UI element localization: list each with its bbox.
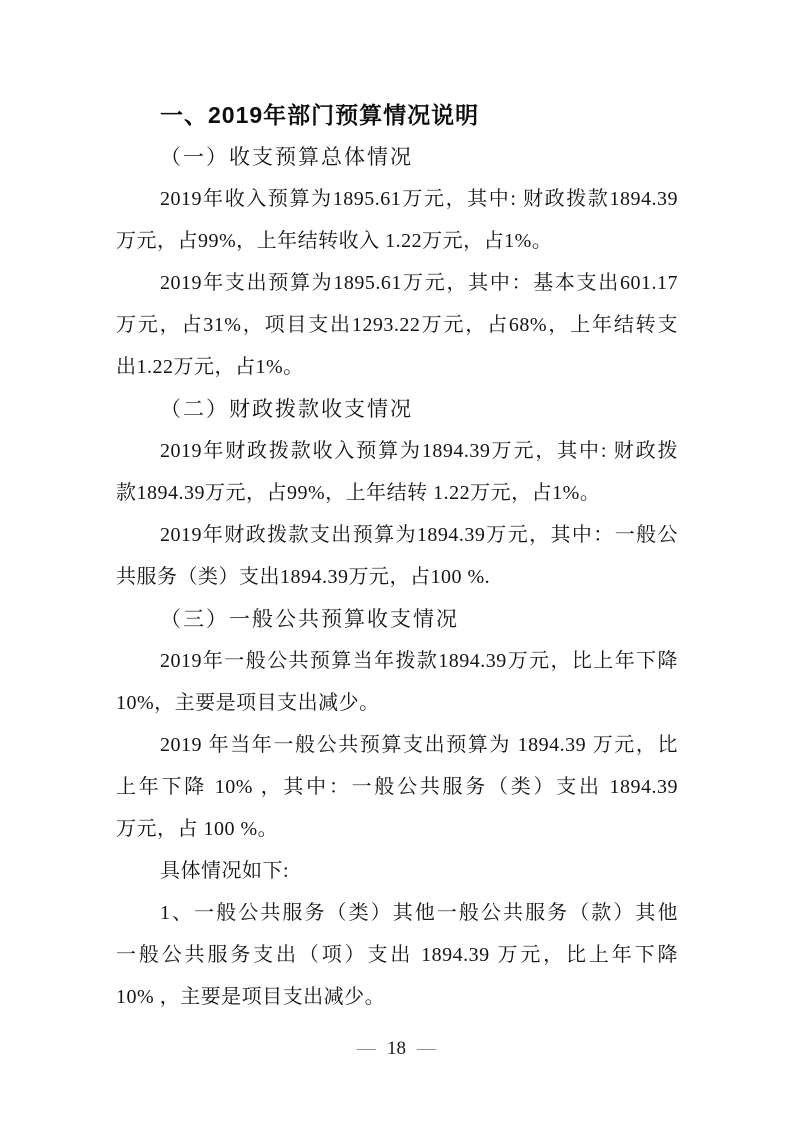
document-page: 一、2019年部门预算情况说明（一）收支预算总体情况2019年收入预算为1895… <box>0 0 793 1122</box>
footer-left-dash: — <box>357 1038 376 1059</box>
paragraph-line: 上年下降 10% ，其中：一般公共服务（类）支出 1894.39 <box>116 766 678 808</box>
paragraph-line: 2019年一般公共预算当年拨款1894.39万元，比上年下降 <box>116 640 678 682</box>
paragraph-line: 2019年收入预算为1895.61万元，其中: 财政拨款1894.39 <box>116 178 678 220</box>
paragraph: 2019年财政拨款收入预算为1894.39万元，其中: 财政拨款1894.39万… <box>116 430 678 514</box>
document-body: 一、2019年部门预算情况说明（一）收支预算总体情况2019年收入预算为1895… <box>116 94 678 1018</box>
paragraph: 具体情况如下: <box>116 850 678 892</box>
section-subheading: （二）财政拨款收支情况 <box>116 388 678 430</box>
paragraph-line: 2019 年当年一般公共预算支出预算为 1894.39 万元，比 <box>116 724 678 766</box>
paragraph-line: 款1894.39万元，占99%，上年结转 1.22万元，占1%。 <box>116 472 678 514</box>
section-subheading: （三）一般公共预算收支情况 <box>116 598 678 640</box>
paragraph: 2019年一般公共预算当年拨款1894.39万元，比上年下降10%，主要是项目支… <box>116 640 678 724</box>
paragraph: 2019年财政拨款支出预算为1894.39万元，其中：一般公共服务（类）支出18… <box>116 514 678 598</box>
paragraph-line: 1、一般公共服务（类）其他一般公共服务（款）其他 <box>116 892 678 934</box>
paragraph-line: 2019年支出预算为1895.61万元，其中：基本支出601.17 <box>116 262 678 304</box>
paragraph-line: 一般公共服务支出（项）支出 1894.39 万元，比上年下降 <box>116 934 678 976</box>
paragraph-line: 出1.22万元，占1%。 <box>116 346 678 388</box>
paragraph-line: 万元，占 100 %。 <box>116 808 678 850</box>
paragraph-line: 2019年财政拨款收入预算为1894.39万元，其中: 财政拨 <box>116 430 678 472</box>
paragraph-line: 具体情况如下: <box>116 850 678 892</box>
paragraph: 2019年支出预算为1895.61万元，其中：基本支出601.17万元，占31%… <box>116 262 678 388</box>
paragraph-line: 10%，主要是项目支出减少。 <box>116 682 678 724</box>
paragraph-line: 共服务（类）支出1894.39万元，占100 %. <box>116 556 678 598</box>
paragraph: 2019 年当年一般公共预算支出预算为 1894.39 万元，比上年下降 10%… <box>116 724 678 850</box>
paragraph: 1、一般公共服务（类）其他一般公共服务（款）其他一般公共服务支出（项）支出 18… <box>116 892 678 1018</box>
doc-heading: 一、2019年部门预算情况说明 <box>116 94 678 136</box>
paragraph-line: 2019年财政拨款支出预算为1894.39万元，其中：一般公 <box>116 514 678 556</box>
paragraph: 2019年收入预算为1895.61万元，其中: 财政拨款1894.39万元，占9… <box>116 178 678 262</box>
paragraph-line: 万元，占99%，上年结转收入 1.22万元，占1%。 <box>116 220 678 262</box>
paragraph-line: 万元，占31%，项目支出1293.22万元，占68%，上年结转支 <box>116 304 678 346</box>
footer-right-dash: — <box>417 1038 436 1059</box>
page-number: 18 <box>387 1038 406 1059</box>
page-footer: —18— <box>0 1036 793 1062</box>
section-subheading: （一）收支预算总体情况 <box>116 136 678 178</box>
paragraph-line: 10% ，主要是项目支出减少。 <box>116 976 678 1018</box>
